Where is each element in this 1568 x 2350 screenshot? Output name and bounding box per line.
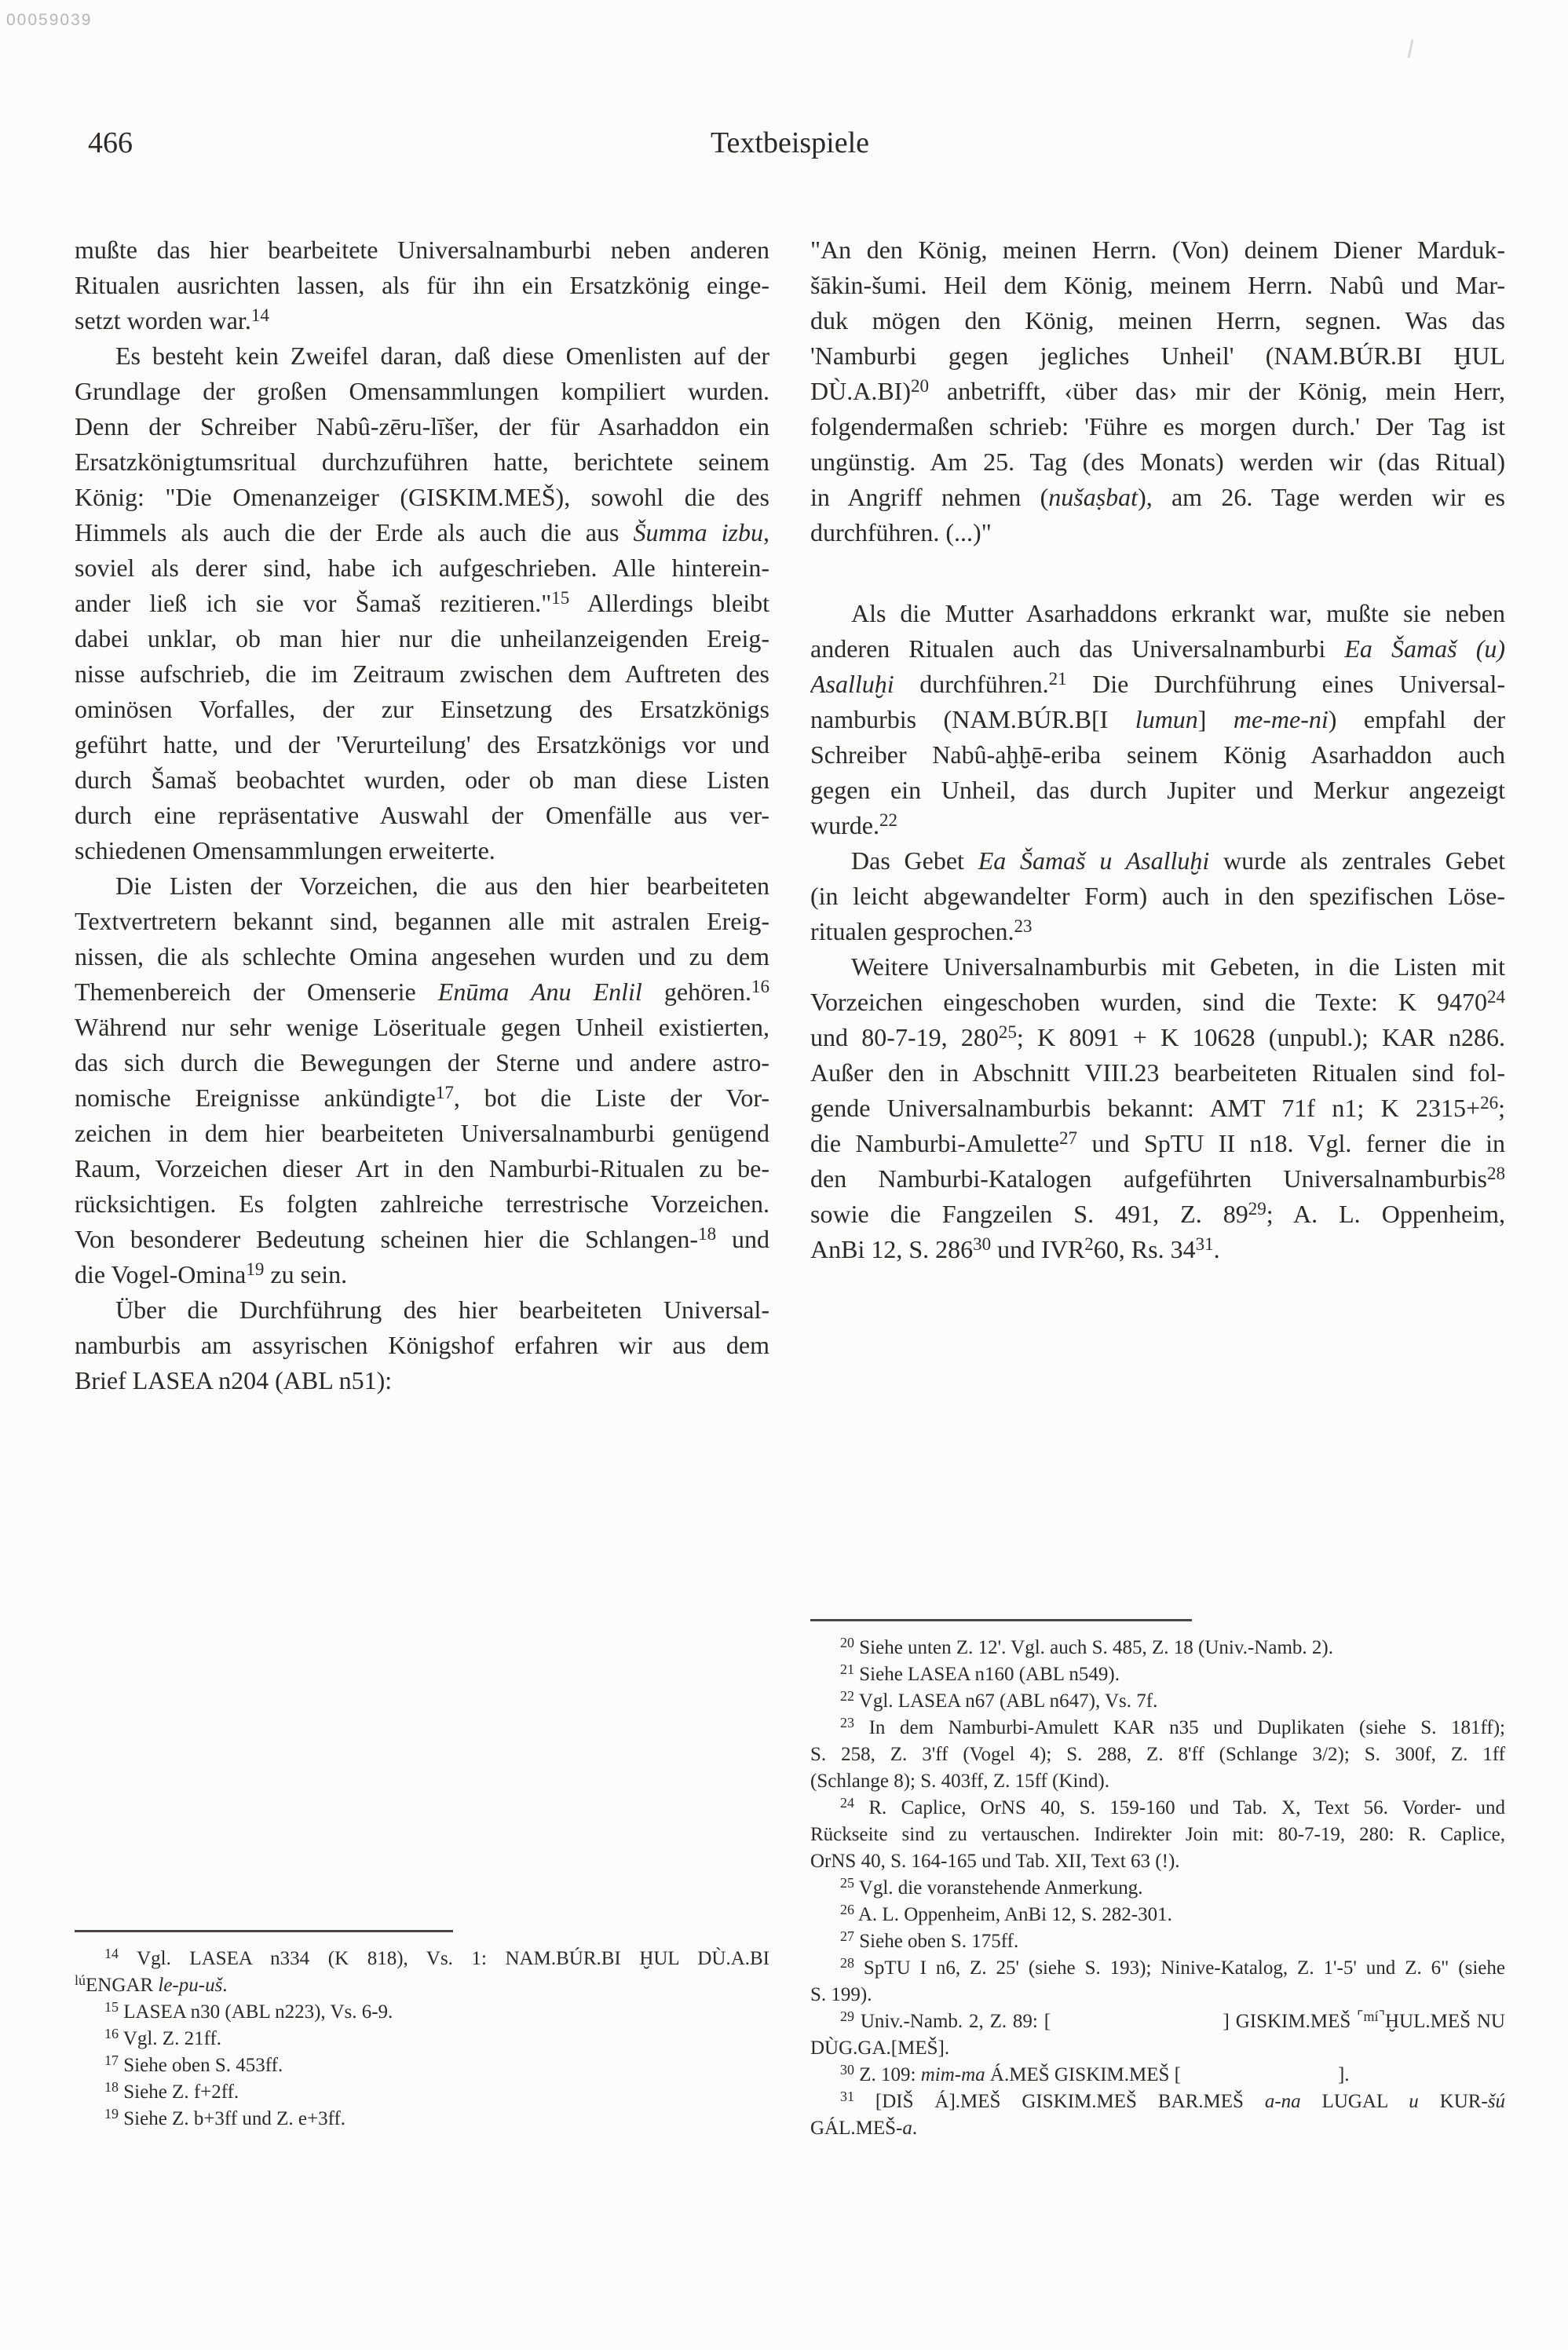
footnote-line: 30 Z. 109: mim-ma Á.MEŠ GISKIM.MEŠ [ ]. (810, 2062, 1505, 2089)
superscript: 15 (551, 587, 569, 608)
footnote-line: lúENGAR le-pu-uš. (75, 1972, 769, 1999)
text-line: soviel als derer sind, habe ich aufgesch… (75, 550, 769, 586)
footnote-separator-right (810, 1619, 1192, 1621)
paragraph: "An den König, meinen Herrn. (Von) deine… (810, 232, 1505, 550)
text-line: "An den König, meinen Herrn. (Von) deine… (810, 232, 1505, 268)
scanned-book-page: 00059039 466 Textbeispiele mußte das hie… (0, 0, 1568, 2350)
text-line: durch eine repräsentative Auswahl der Om… (75, 798, 769, 833)
superscript: 21 (1049, 668, 1067, 689)
footnote-item: 14 Vgl. LASEA n334 (K 818), Vs. 1: NAM.B… (75, 1946, 769, 1999)
text-line: DÙ.A.BI)20 anbetrifft, ‹über das› mir de… (810, 374, 1505, 409)
superscript: 2 (1084, 1233, 1094, 1254)
paragraph: Als die Mutter Asarhaddons erkrankt war,… (810, 596, 1505, 843)
footnote-line: OrNS 40, S. 164-165 und Tab. XII, Text 6… (810, 1848, 1505, 1875)
footnote-line: DÙG.GA.[MEŠ]. (810, 2035, 1505, 2062)
text-line: Die Listen der Vorzeichen, die aus den h… (75, 868, 769, 904)
footnote-line: 18 Siehe Z. f+2ff. (75, 2079, 769, 2106)
footnote-line: 16 Vgl. Z. 21ff. (75, 2026, 769, 2052)
superscript: 14 (251, 305, 269, 325)
superscript: 17 (104, 2052, 119, 2068)
footnote-item: 23 In dem Namburbi-Amulett KAR n35 und D… (810, 1715, 1505, 1795)
footnote-item: 18 Siehe Z. f+2ff. (75, 2079, 769, 2106)
text-line: Themenbereich der Omenserie Enūma Anu En… (75, 974, 769, 1010)
footnote-line: 23 In dem Namburbi-Amulett KAR n35 und D… (810, 1715, 1505, 1741)
text-line: das sich durch die Bewegungen der Sterne… (75, 1045, 769, 1080)
footnote-line: 22 Vgl. LASEA n67 (ABL n647), Vs. 7f. (810, 1688, 1505, 1715)
text-line: Von besonderer Bedeutung scheinen hier d… (75, 1222, 769, 1257)
text-line: Außer den in Abschnitt VIII.23 bearbeite… (810, 1055, 1505, 1091)
superscript: 19 (104, 2106, 119, 2122)
footnote-item: 22 Vgl. LASEA n67 (ABL n647), Vs. 7f. (810, 1688, 1505, 1715)
superscript: ⌜mí⌝ (1357, 2008, 1385, 2024)
text-line: zeichen in dem hier bearbeiteten Univers… (75, 1116, 769, 1151)
text-line: nisse aufschrieb, die im Zeitraum zwisch… (75, 656, 769, 692)
text-line: Himmels als auch die der Erde als auch d… (75, 515, 769, 550)
text-line: setzt worden war.14 (75, 303, 769, 338)
text-line: wurde.22 (810, 808, 1505, 843)
footnote-item: 19 Siehe Z. b+3ff und Z. e+3ff. (75, 2106, 769, 2133)
superscript: 30 (840, 2062, 854, 2078)
footnote-item: 20 Siehe unten Z. 12'. Vgl. auch S. 485,… (810, 1635, 1505, 1661)
footnote-item: 27 Siehe oben S. 175ff. (810, 1928, 1505, 1955)
superscript: 26 (1480, 1092, 1498, 1113)
superscript: 20 (911, 375, 929, 396)
footnote-line: (Schlange 8); S. 403ff, Z. 15ff (Kind). (810, 1768, 1505, 1795)
footnote-line: S. 258, Z. 3'ff (Vogel 4); S. 288, Z. 8'… (810, 1741, 1505, 1768)
text-line: Als die Mutter Asarhaddons erkrankt war,… (810, 596, 1505, 631)
text-line: Weitere Universalnamburbis mit Gebeten, … (810, 949, 1505, 985)
text-line: Brief LASEA n204 (ABL n51): (75, 1363, 769, 1398)
paragraph: Die Listen der Vorzeichen, die aus den h… (75, 868, 769, 1292)
superscript: 29 (1248, 1198, 1266, 1219)
footnote-line: 21 Siehe LASEA n160 (ABL n549). (810, 1661, 1505, 1688)
text-line: nomische Ereignisse ankündigte17, bot di… (75, 1080, 769, 1116)
text-line: namburbis (NAM.BÚR.B[I lumun] me-me-ni) … (810, 702, 1505, 737)
superscript: 20 (840, 1635, 854, 1650)
text-line: Asalluḫi durchführen.21 Die Durchführung… (810, 667, 1505, 702)
footnote-line: 14 Vgl. LASEA n334 (K 818), Vs. 1: NAM.B… (75, 1946, 769, 1972)
text-line: die Vogel-Omina19 zu sein. (75, 1257, 769, 1292)
scan-artifact (1408, 39, 1414, 58)
paragraph: Es besteht kein Zweifel daran, daß diese… (75, 338, 769, 868)
text-column-right: "An den König, meinen Herrn. (Von) deine… (810, 232, 1505, 1267)
text-line: geführt hatte, und der 'Verurteilung' de… (75, 727, 769, 762)
text-column-left: mußte das hier bearbeitete Universalnamb… (75, 232, 769, 1398)
superscript: 28 (840, 1955, 854, 1971)
superscript: 18 (698, 1223, 716, 1244)
text-line: und 80-7-19, 28025; K 8091 + K 10628 (un… (810, 1020, 1505, 1055)
footnote-item: 24 R. Caplice, OrNS 40, S. 159-160 und T… (810, 1795, 1505, 1875)
footnote-item: 29 Univ.-Namb. 2, Z. 89: [ ] GISKIM.MEŠ … (810, 2008, 1505, 2062)
text-line: mußte das hier bearbeitete Universalnamb… (75, 232, 769, 268)
superscript: 27 (840, 1928, 854, 1944)
paragraph: Das Gebet Ea Šamaš u Asalluḫi wurde als … (810, 843, 1505, 949)
superscript: 15 (104, 1999, 119, 2015)
footnotes-left: 14 Vgl. LASEA n334 (K 818), Vs. 1: NAM.B… (75, 1946, 769, 2133)
text-line: 'Namburbi gegen jegliches Unheil' (NAM.B… (810, 338, 1505, 374)
text-line: ander ließ ich sie vor Šamaš rezitieren.… (75, 586, 769, 621)
superscript: 22 (879, 810, 897, 830)
superscript: 23 (840, 1715, 854, 1731)
superscript: 24 (840, 1795, 854, 1811)
superscript: 25 (999, 1022, 1017, 1042)
superscript: 16 (104, 2026, 119, 2041)
superscript: 17 (436, 1082, 454, 1102)
footnote-item: 21 Siehe LASEA n160 (ABL n549). (810, 1661, 1505, 1688)
text-line: die Namburbi-Amulette27 und SpTU II n18.… (810, 1126, 1505, 1161)
text-line: den Namburbi-Katalogen aufgeführten Univ… (810, 1161, 1505, 1197)
text-line: gegen ein Unheil, das durch Jupiter und … (810, 773, 1505, 808)
footnote-line: S. 199). (810, 1982, 1505, 2008)
text-line: durch Šamaš beobachtet wurden, oder ob m… (75, 762, 769, 798)
text-line: nissen, die als schlechte Omina angesehe… (75, 939, 769, 974)
text-line: in Angriff nehmen (nušaṣbat), am 26. Tag… (810, 480, 1505, 515)
text-line: ritualen gesprochen.23 (810, 914, 1505, 949)
text-line: Ritualen ausrichten lassen, als für ihn … (75, 268, 769, 303)
footnote-item: 28 SpTU I n6, Z. 25' (siehe S. 193); Nin… (810, 1955, 1505, 2008)
superscript: 23 (1014, 916, 1032, 936)
superscript: 29 (840, 2008, 854, 2024)
text-line: ominösen Vorfalles, der zur Einsetzung d… (75, 692, 769, 727)
superscript: 28 (1487, 1163, 1505, 1183)
footnote-separator-left (75, 1930, 453, 1932)
footnote-item: 31 [DIŠ Á].MEŠ GISKIM.MEŠ BAR.MEŠ a-na L… (810, 2089, 1505, 2142)
footnote-line: Rückseite sind zu vertauschen. Indirekte… (810, 1822, 1505, 1848)
footnote-item: 30 Z. 109: mim-ma Á.MEŠ GISKIM.MEŠ [ ]. (810, 2062, 1505, 2089)
text-line: Es besteht kein Zweifel daran, daß diese… (75, 338, 769, 374)
text-line: Über die Durchführung des hier bearbeite… (75, 1292, 769, 1328)
text-line: AnBi 12, S. 28630 und IVR260, Rs. 3431. (810, 1232, 1505, 1267)
running-title: Textbeispiele (75, 126, 1505, 160)
text-line: Vorzeichen eingeschoben wurden, sind die… (810, 985, 1505, 1020)
text-line: Denn der Schreiber Nabû-zēru-līšer, der … (75, 409, 769, 444)
footnote-line: 26 A. L. Oppenheim, AnBi 12, S. 282-301. (810, 1902, 1505, 1928)
superscript: 14 (104, 1946, 119, 1961)
text-line: namburbis am assyrischen Königshof erfah… (75, 1328, 769, 1363)
superscript: 24 (1487, 986, 1505, 1007)
text-line: ungünstig. Am 25. Tag (des Monats) werde… (810, 444, 1505, 480)
superscript: 22 (840, 1688, 854, 1704)
footnote-line: 19 Siehe Z. b+3ff und Z. e+3ff. (75, 2106, 769, 2133)
text-line: Während nur sehr wenige Löserituale gege… (75, 1010, 769, 1045)
text-line: rücksichtigen. Es folgten zahlreiche ter… (75, 1186, 769, 1222)
scanner-id-stamp: 00059039 (6, 11, 92, 30)
text-line: (in leicht abgewandelter Form) auch in d… (810, 879, 1505, 914)
superscript: 31 (840, 2089, 854, 2104)
superscript: 27 (1059, 1127, 1077, 1148)
text-line: dabei unklar, ob man hier nur die unheil… (75, 621, 769, 656)
text-line: gende Universalnamburbis bekannt: AMT 71… (810, 1091, 1505, 1126)
superscript: 31 (1196, 1233, 1214, 1254)
footnotes-right: 20 Siehe unten Z. 12'. Vgl. auch S. 485,… (810, 1635, 1505, 2142)
paragraph: mußte das hier bearbeitete Universalnamb… (75, 232, 769, 338)
text-line: duk mögen den König, meinen Herrn, segne… (810, 303, 1505, 338)
superscript: 21 (840, 1661, 854, 1677)
footnote-line: 29 Univ.-Namb. 2, Z. 89: [ ] GISKIM.MEŠ … (810, 2008, 1505, 2035)
footnote-line: GÁL.MEŠ-a. (810, 2115, 1505, 2142)
footnote-line: 24 R. Caplice, OrNS 40, S. 159-160 und T… (810, 1795, 1505, 1822)
text-line: Raum, Vorzeichen dieser Art in den Nambu… (75, 1151, 769, 1186)
superscript: 19 (246, 1259, 264, 1279)
footnote-line: 15 LASEA n30 (ABL n223), Vs. 6-9. (75, 1999, 769, 2026)
footnote-item: 26 A. L. Oppenheim, AnBi 12, S. 282-301. (810, 1902, 1505, 1928)
text-line: folgendermaßen schrieb: 'Führe es morgen… (810, 409, 1505, 444)
text-line: durchführen. (...)" (810, 515, 1505, 550)
text-line: Textvertretern bekannt sind, begannen al… (75, 904, 769, 939)
superscript: 16 (751, 976, 769, 996)
text-line: Grundlage der großen Omensammlungen komp… (75, 374, 769, 409)
text-line: Das Gebet Ea Šamaš u Asalluḫi wurde als … (810, 843, 1505, 879)
superscript: lú (75, 1972, 86, 1988)
paragraph: Über die Durchführung des hier bearbeite… (75, 1292, 769, 1398)
paragraph: Weitere Universalnamburbis mit Gebeten, … (810, 949, 1505, 1267)
footnote-line: 20 Siehe unten Z. 12'. Vgl. auch S. 485,… (810, 1635, 1505, 1661)
text-line: sowie die Fangzeilen S. 491, Z. 8929; A.… (810, 1197, 1505, 1232)
text-line: Ersatzkönigtumsritual durchzuführen hatt… (75, 444, 769, 480)
footnote-item: 17 Siehe oben S. 453ff. (75, 2052, 769, 2079)
footnote-line: 17 Siehe oben S. 453ff. (75, 2052, 769, 2079)
superscript: 26 (840, 1902, 854, 1917)
footnote-item: 16 Vgl. Z. 21ff. (75, 2026, 769, 2052)
superscript: 25 (840, 1875, 854, 1891)
footnote-line: 25 Vgl. die voranstehende Anmerkung. (810, 1875, 1505, 1902)
footnote-item: 25 Vgl. die voranstehende Anmerkung. (810, 1875, 1505, 1902)
text-line: anderen Ritualen auch das Universalnambu… (810, 631, 1505, 667)
text-line: schiedenen Omensammlungen erweiterte. (75, 833, 769, 868)
footnote-line: 27 Siehe oben S. 175ff. (810, 1928, 1505, 1955)
text-line: König: "Die Omenanzeiger (GISKIM.MEŠ), s… (75, 480, 769, 515)
superscript: 18 (104, 2079, 119, 2095)
text-line: Schreiber Nabû-aḫḫē-eriba seinem König A… (810, 737, 1505, 773)
footnote-line: 28 SpTU I n6, Z. 25' (siehe S. 193); Nin… (810, 1955, 1505, 1982)
superscript: 30 (973, 1233, 991, 1254)
text-line: šākin-šumi. Heil dem König, meinem Herrn… (810, 268, 1505, 303)
footnote-item: 15 LASEA n30 (ABL n223), Vs. 6-9. (75, 1999, 769, 2026)
footnote-line: 31 [DIŠ Á].MEŠ GISKIM.MEŠ BAR.MEŠ a-na L… (810, 2089, 1505, 2115)
